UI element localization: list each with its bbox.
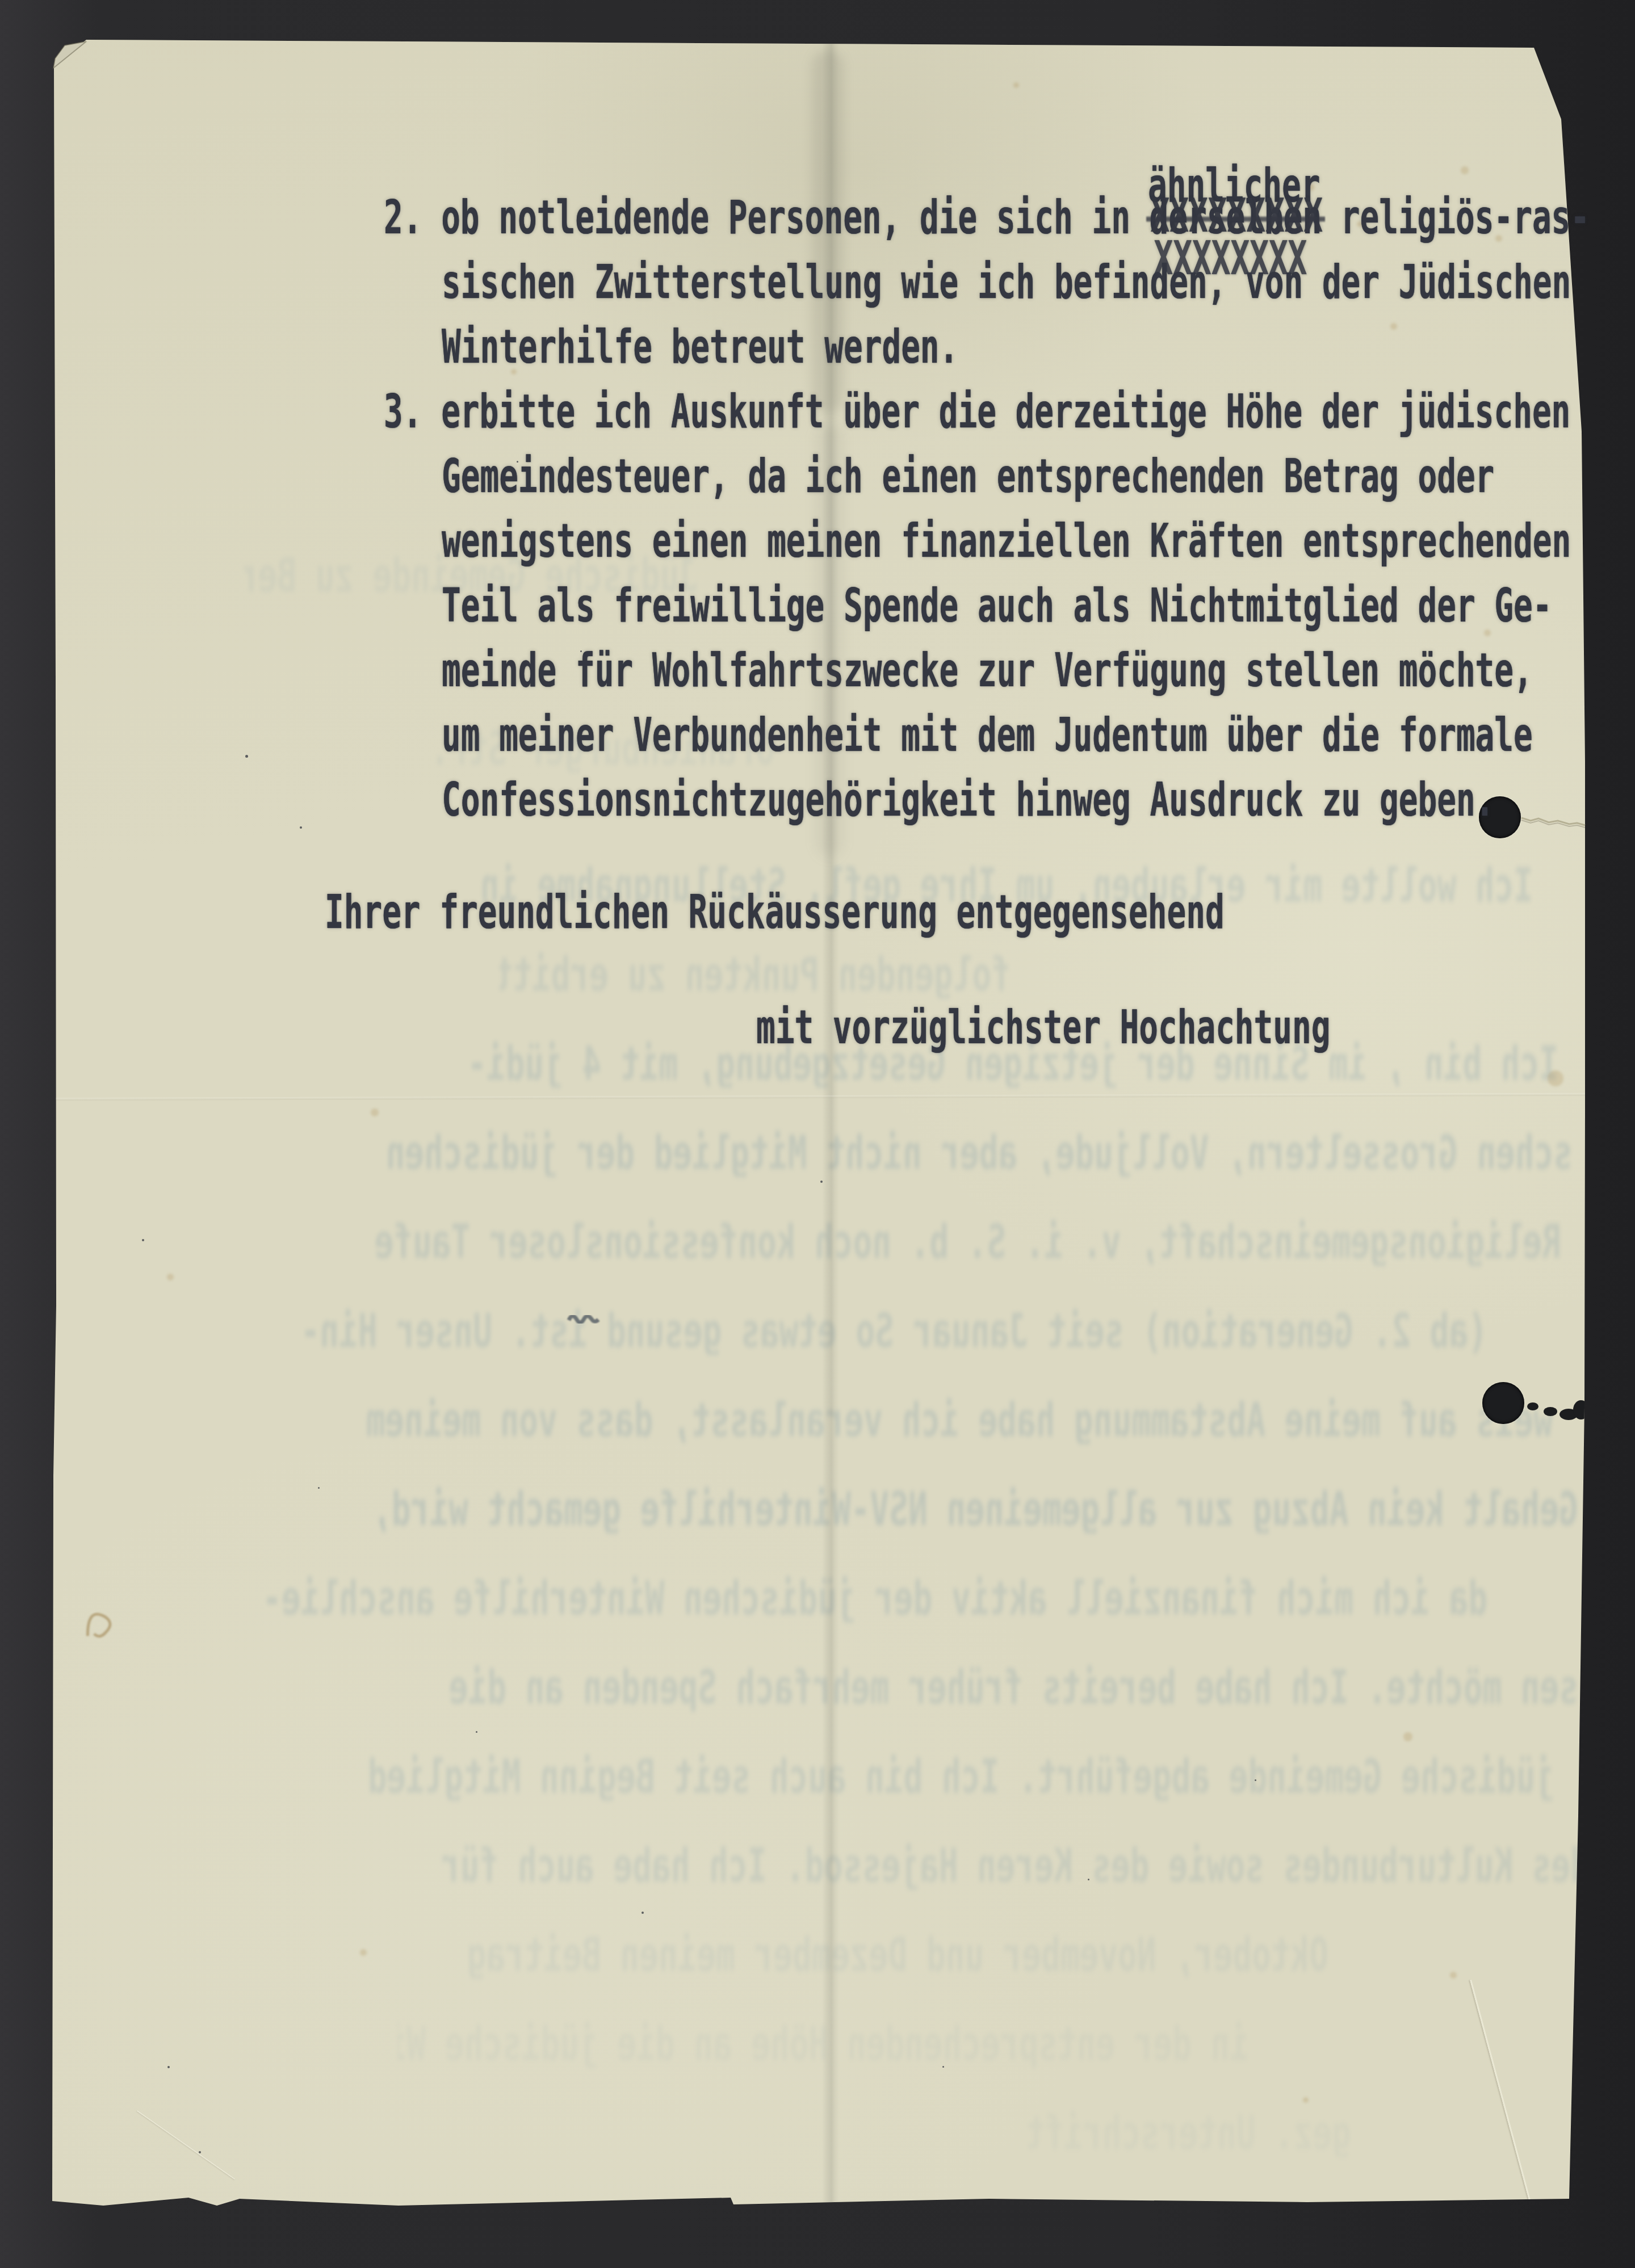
pencil-mark [82, 1611, 112, 1640]
scanned-letter-page: Jüdische Gemeinde zu BerlinOranienburger… [0, 0, 1635, 2268]
corner-fold [53, 41, 86, 68]
overlay-graphics [0, 0, 1635, 2268]
ink-smudge-mark [569, 1316, 598, 1322]
